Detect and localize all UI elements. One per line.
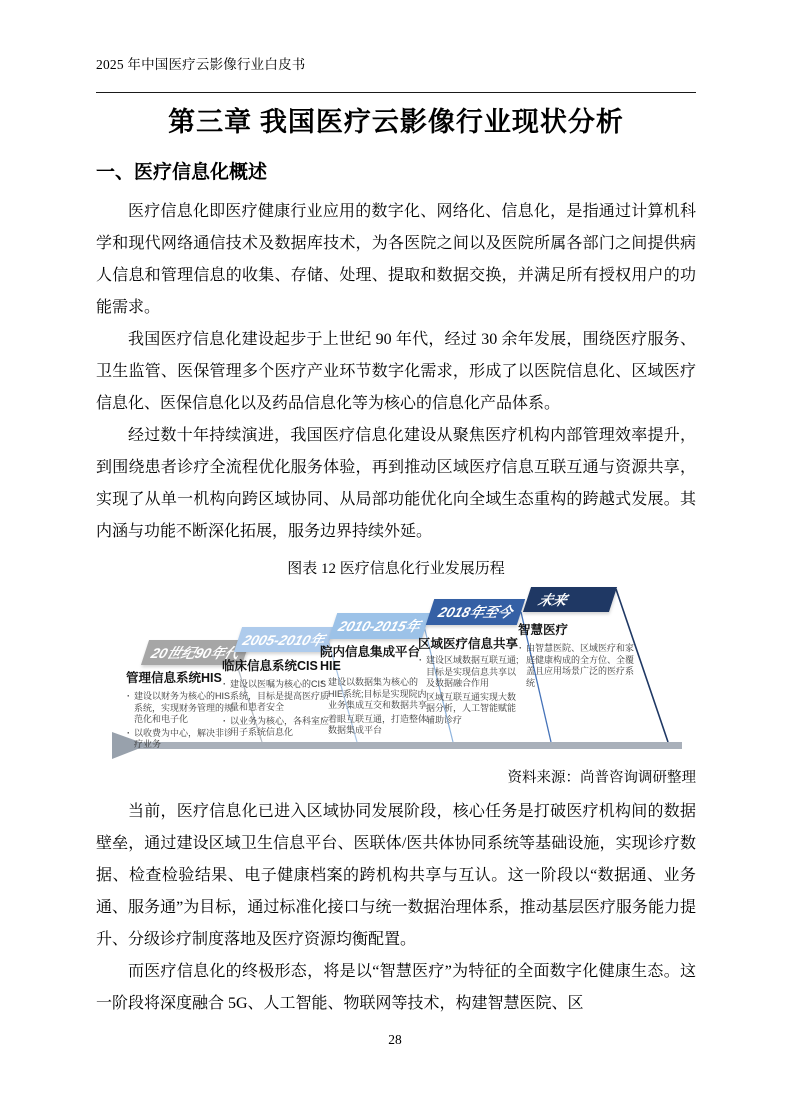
stage-period-badge: 2018年至今 — [426, 599, 525, 625]
stage-bullet: 建设以医嘱为核心的CIS系统，目标是提高医疗质量和患者安全 — [222, 679, 330, 714]
stage-bullet-list: 建设区域数据互联互通;目标是实现信息共享以及数据融合作用 区域互联互通实现大数据… — [418, 655, 522, 728]
stage-period-badge: 未来 — [523, 587, 617, 612]
body-paragraph: 而医疗信息化的终极形态，将是以“智慧医疗”为特征的全面数字化健康生态。这一阶段将… — [96, 956, 696, 1020]
stage-period-label: 未来 — [536, 590, 570, 610]
stage-bullet-list: 建设以数据集为核心的HIE系统;目标是实现院内业务集成互交和数据共享 着眼互联互… — [320, 677, 428, 739]
stage-period-label: 2005-2010年 — [240, 630, 327, 650]
body-text-block: 当前，医疗信息化已进入区域协同发展阶段，核心任务是打破医疗机构间的数据壁垒，通过… — [96, 796, 696, 1020]
stage-period-label: 2018年至今 — [436, 602, 516, 622]
running-header: 2025 年中国医疗云影像行业白皮书 — [96, 53, 696, 73]
stage-bullet: 建设以数据集为核心的HIE系统;目标是实现院内业务集成互交和数据共享 — [320, 677, 428, 712]
stage-title: 院内信息集成平台HIE — [320, 645, 432, 673]
stage-period-badge: 2010-2015年 — [329, 613, 430, 639]
page-number: 28 — [0, 1032, 790, 1048]
stage-period-label: 2010-2015年 — [336, 616, 423, 636]
body-paragraph: 经过数十年持续演进，我国医疗信息化建设从聚焦医疗机构内部管理效率提升，到围绕患者… — [96, 420, 696, 548]
timeline-diagram: 20世纪90年代 2005-2010年 2010-2015年 2018年至今 未… — [110, 585, 685, 763]
stage-title: 智慧医疗 — [518, 623, 618, 637]
chapter-title: 第三章 我国医疗云影像行业现状分析 — [96, 100, 696, 139]
section-heading: 一、医疗信息化概述 — [96, 157, 696, 184]
body-paragraph: 我国医疗信息化建设起步于上世纪 90 年代，经过 30 余年发展，围绕医疗服务、… — [96, 324, 696, 420]
stage-bullet-list: 建设以医嘱为核心的CIS系统，目标是提高医疗质量和患者安全 以业务为核心，各科室… — [222, 679, 330, 741]
body-paragraph: 当前，医疗信息化已进入区域协同发展阶段，核心任务是打破医疗机构间的数据壁垒，通过… — [96, 796, 696, 956]
body-paragraph: 医疗信息化即医疗健康行业应用的数字化、网络化、信息化，是指通过计算机科学和现代网… — [96, 196, 696, 324]
stage-bullet: 着眼互联互通，打造整体数据集成平台 — [320, 714, 428, 737]
stage-bullet: 区域互联互通实现大数据分析，人工智能赋能辅助诊疗 — [418, 692, 522, 727]
figure-caption: 图表 12 医疗信息化行业发展历程 — [96, 557, 696, 578]
source-note: 资料来源：尚普咨询调研整理 — [96, 766, 696, 787]
stage-bullet: 以业务为核心，各科室应用子系统信息化 — [222, 716, 330, 739]
header-rule — [96, 92, 696, 93]
body-text-block: 医疗信息化即医疗健康行业应用的数字化、网络化、信息化，是指通过计算机科学和现代网… — [96, 196, 696, 548]
stage-bullet-list: 由智慧医院、区域医疗和家庭健康构成的全方位、全覆盖且应用场景广泛的医疗系统 — [518, 643, 636, 691]
stage-bullet: 由智慧医院、区域医疗和家庭健康构成的全方位、全覆盖且应用场景广泛的医疗系统 — [518, 643, 636, 689]
stage-bullet: 建设区域数据互联互通;目标是实现信息共享以及数据融合作用 — [418, 655, 522, 690]
